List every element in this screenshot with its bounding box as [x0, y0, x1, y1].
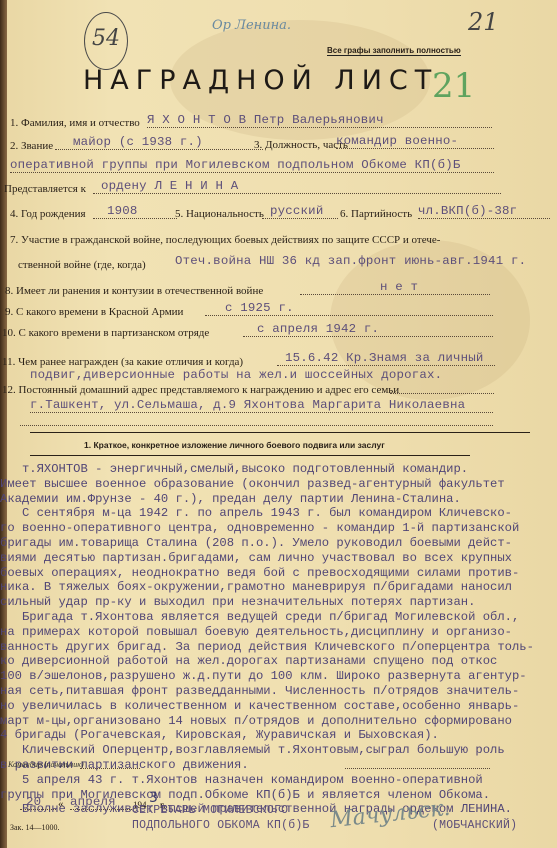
page-number-green: 21: [432, 66, 475, 106]
pencil-note-order: Ор Ленина.: [212, 18, 291, 33]
date-quote: «: [58, 798, 64, 810]
deed-line: на примерах которой повышал боевую деяте…: [0, 625, 557, 640]
section-header: 1. Краткое, конкретное изложение личного…: [84, 440, 385, 450]
field-8-value: н е т: [300, 280, 490, 295]
field-1-value: Я Х О Н Т О В Петр Валерьянович: [147, 113, 492, 128]
deed-line: виями десятью партизан.бригадами, сам ли…: [0, 551, 557, 566]
presented-label: Представляется к: [4, 183, 86, 195]
field-11-value: 15.6.42 Кр.Знамя за личный: [277, 351, 495, 366]
deed-line: сильный удар пр-ку и выходил при незначи…: [0, 595, 557, 610]
deed-line: но увеличилась в количественном и качест…: [0, 699, 557, 714]
field-9-value: с 1925 г.: [205, 301, 493, 316]
commander-name-dotline: [345, 768, 490, 769]
circled-number-text: 54: [92, 26, 120, 51]
field-12-value: г.Ташкент, ул.Сельмаша, д.9 Яхонтова Мар…: [30, 398, 493, 413]
field-7-label-cont: ственной войне (где, когда): [18, 259, 146, 271]
field-11-label: 11. Чем ранее награжден (за какие отличи…: [2, 356, 243, 368]
commander-dotline: [80, 768, 140, 769]
deed-line: бригады им.товарища Сталина (208 п.о.). …: [0, 536, 557, 551]
field-5-value: русский: [262, 204, 338, 219]
field-2-label: 2. Звание: [10, 140, 53, 152]
page-number: 21: [468, 8, 499, 36]
deed-line: т.ЯХОНТОВ - энергичный,смелый,высоко под…: [0, 462, 557, 477]
presented-value: ордену Л Е Н И Н А: [93, 179, 501, 194]
section-rule-bottom: [30, 455, 470, 456]
field-3-value: командир военно-: [336, 134, 494, 149]
field-6-label: 6. Партийность: [340, 208, 412, 220]
signer-title-1: СЕКРЕТАРЬ МОГИЛЕВСКОГО: [132, 804, 288, 817]
field-12-label: 12. Постоянный домашний адрес представля…: [2, 384, 399, 396]
deed-line: Имеет высшее военное образование (окончи…: [0, 477, 557, 492]
deed-line: С сентября м-ца 1942 г. по апрель 1943 г…: [0, 506, 557, 521]
field-3-value-cont: оперативной группы при Могилевском подпо…: [10, 158, 494, 173]
field-1-label: 1. Фамилия, имя и отчество: [10, 117, 140, 129]
date-month: апреля: [70, 795, 132, 810]
field-11-value-cont: подвиг,диверсионные работы на жел.и шосс…: [30, 368, 442, 382]
deed-line: ная сеть,питавшая фронт разведданными. Ч…: [0, 684, 557, 699]
deed-line: Бригада т.Яхонтова является ведущей сред…: [0, 610, 557, 625]
deed-line: боевых операциях, неоднократно ведя бой …: [0, 566, 557, 581]
deed-line: 5 апреля 43 г. т.Яхонтов назначен команд…: [0, 773, 557, 788]
field-9-label: 9. С какого времени в Красной Армии: [5, 306, 183, 318]
field-7-value: Отеч.война НШ 36 кд зап.фронт июнь-авг.1…: [175, 254, 526, 268]
field-10-label: 10. С какого времени в партизанском отря…: [2, 327, 209, 339]
award-sheet-page: 54 Ор Ленина. 21 Все графы заполнить пол…: [0, 0, 557, 848]
document-title: НАГРАДНОЙ ЛИСТ: [83, 65, 438, 96]
deed-line: март м-цы,организовано 14 новых п/отрядо…: [0, 714, 557, 729]
deed-line: 4 бригады (Рогачевская, Кировская, Журав…: [0, 728, 557, 743]
deed-line: ника. В тяжелых боях-окружении,грамотно …: [0, 580, 557, 595]
deed-line: го военно-оперативного центра, одновреме…: [0, 521, 557, 536]
field-4-value: 1908: [93, 204, 177, 219]
print-code: Зак. 14—1000.: [10, 823, 59, 832]
commander-label: Командир (начальник): [8, 760, 84, 769]
field-12-dotline: [390, 393, 494, 394]
section-rule-top: [30, 432, 530, 433]
deed-line: Кличевский Оперцентр,возглавляемый т.Яхо…: [0, 743, 557, 758]
field-5-label: 5. Национальность: [175, 208, 264, 220]
deed-line: Академии им.Фрунзе - 40 г.), предан делу…: [0, 492, 557, 507]
fill-instruction: Все графы заполнить полностью: [327, 46, 461, 56]
signer-name: (МОБЧАНСКИЙ): [432, 819, 517, 832]
field-8-label: 8. Имеет ли ранения и контузии в отечест…: [5, 285, 263, 297]
field-7-label: 7. Участие в гражданской войне, последую…: [10, 234, 440, 246]
field-10-value: с апреля 1942 г.: [243, 322, 493, 337]
date-day: 20: [20, 795, 56, 810]
field-6-value: чл.ВКП(б)-38г: [418, 204, 550, 219]
field-2-value: майор (с 1938 г.): [55, 135, 263, 150]
deed-line: ванность других бригад. За период действ…: [0, 640, 557, 655]
blank-dotline: [20, 425, 493, 426]
deed-line: 100 в/эшелонов,разрушено ж.д.пути до 100…: [0, 669, 557, 684]
deed-line: ко диверсионной работой на жел.дорогах п…: [0, 654, 557, 669]
field-3-label: 3. Должность, часть: [254, 139, 348, 151]
field-4-label: 4. Год рождения: [10, 208, 86, 220]
signer-title-2: ПОДПОЛЬНОГО ОБКОМА КП(б)Б: [132, 819, 310, 832]
